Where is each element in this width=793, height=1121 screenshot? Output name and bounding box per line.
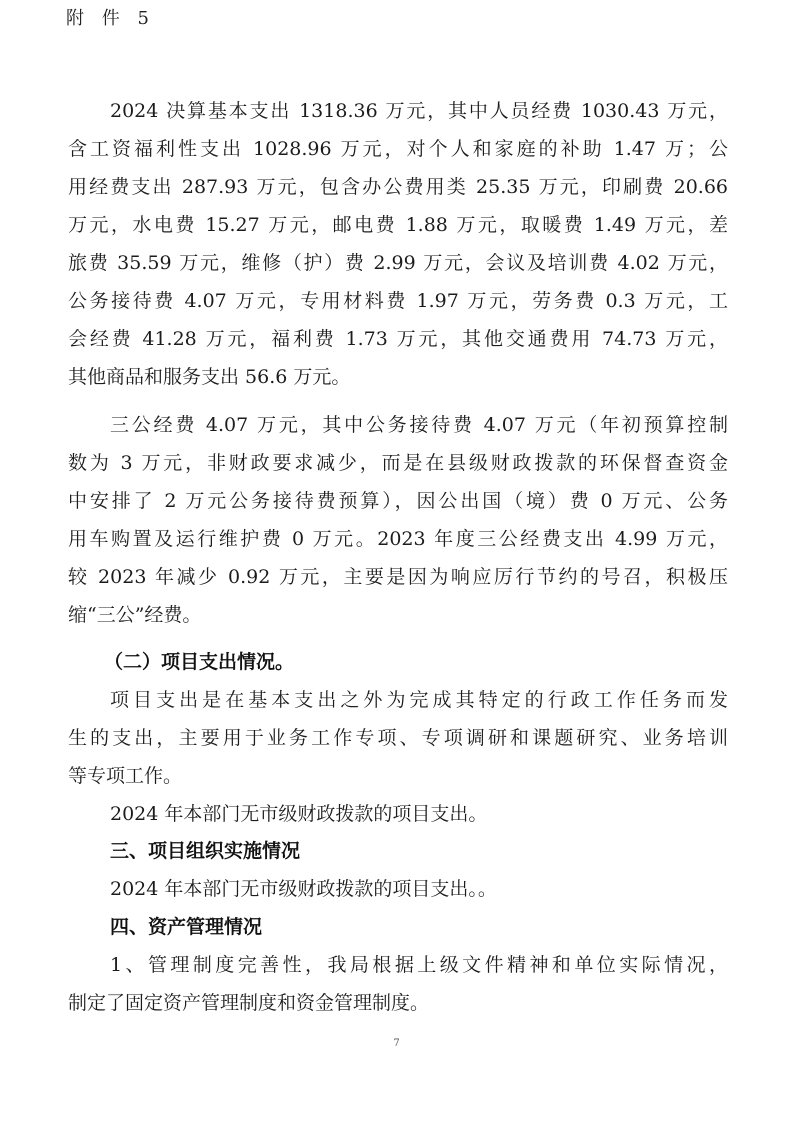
text-line: 万元，水电费 15.27 万元，邮电费 1.88 万元，取暖费 1.49 万元，…	[68, 208, 728, 242]
text-line: 数为 3 万元，非财政要求减少，而是在县级财政拨款的环保督查资金	[68, 446, 728, 480]
attachment-label: 附 件 5	[66, 4, 155, 30]
text-line: 其他商品和服务支出 56.6 万元。	[68, 360, 728, 394]
text-line: 公务接待费 4.07 万元，专用材料费 1.97 万元，劳务费 0.3 万元，工	[68, 284, 728, 318]
paragraph-project-expenditure-note: 2024 年本部门无市级财政拨款的项目支出。	[110, 797, 728, 831]
section-heading-asset-management: 四、资产管理情况	[110, 910, 770, 944]
section-heading-project-implementation: 三、项目组织实施情况	[110, 834, 770, 868]
paragraph-project-implementation: 2024 年本部门无市级财政拨款的项目支出。。	[110, 872, 728, 906]
page-number: 7	[0, 1038, 793, 1049]
text-line: 制定了固定资产管理制度和资金管理制度。	[68, 986, 728, 1020]
text-line: 用经费支出 287.93 万元，包含办公费用类 25.35 万元，印刷费 20.…	[68, 170, 728, 204]
text-line: 会经费 41.28 万元，福利费 1.73 万元，其他交通费用 74.73 万元…	[68, 322, 728, 356]
text-line: 缩“三公”经费。	[68, 598, 728, 632]
document-page: 附 件 5 2024 决算基本支出 1318.36 万元，其中人员经费 1030…	[0, 0, 793, 1121]
text-line: 生的支出，主要用于业务工作专项、专项调研和课题研究、业务培训	[68, 721, 728, 755]
text-line: 项目支出是在基本支出之外为完成其特定的行政工作任务而发	[110, 683, 728, 717]
text-line: 含工资福利性支出 1028.96 万元，对个人和家庭的补助 1.47 万；公	[68, 132, 728, 166]
text-line: 2024 决算基本支出 1318.36 万元，其中人员经费 1030.43 万元…	[110, 94, 728, 128]
text-line: 旅费 35.59 万元，维修（护）费 2.99 万元，会议及培训费 4.02 万…	[68, 246, 728, 280]
text-line: 中安排了 2 万元公务接待费预算），因公出国（境）费 0 万元、公务	[68, 484, 728, 518]
text-line: 等专项工作。	[68, 759, 728, 793]
section-heading-project-expenditure: （二）项目支出情况。	[104, 645, 764, 679]
text-line: 三公经费 4.07 万元，其中公务接待费 4.07 万元（年初预算控制	[110, 408, 728, 442]
text-line: 较 2023 年减少 0.92 万元，主要是因为响应厉行节约的号召，积极压	[68, 560, 728, 594]
text-line: 1、管理制度完善性，我局根据上级文件精神和单位实际情况，	[110, 948, 728, 982]
text-line: 用车购置及运行维护费 0 万元。2023 年度三公经费支出 4.99 万元，	[68, 522, 728, 556]
